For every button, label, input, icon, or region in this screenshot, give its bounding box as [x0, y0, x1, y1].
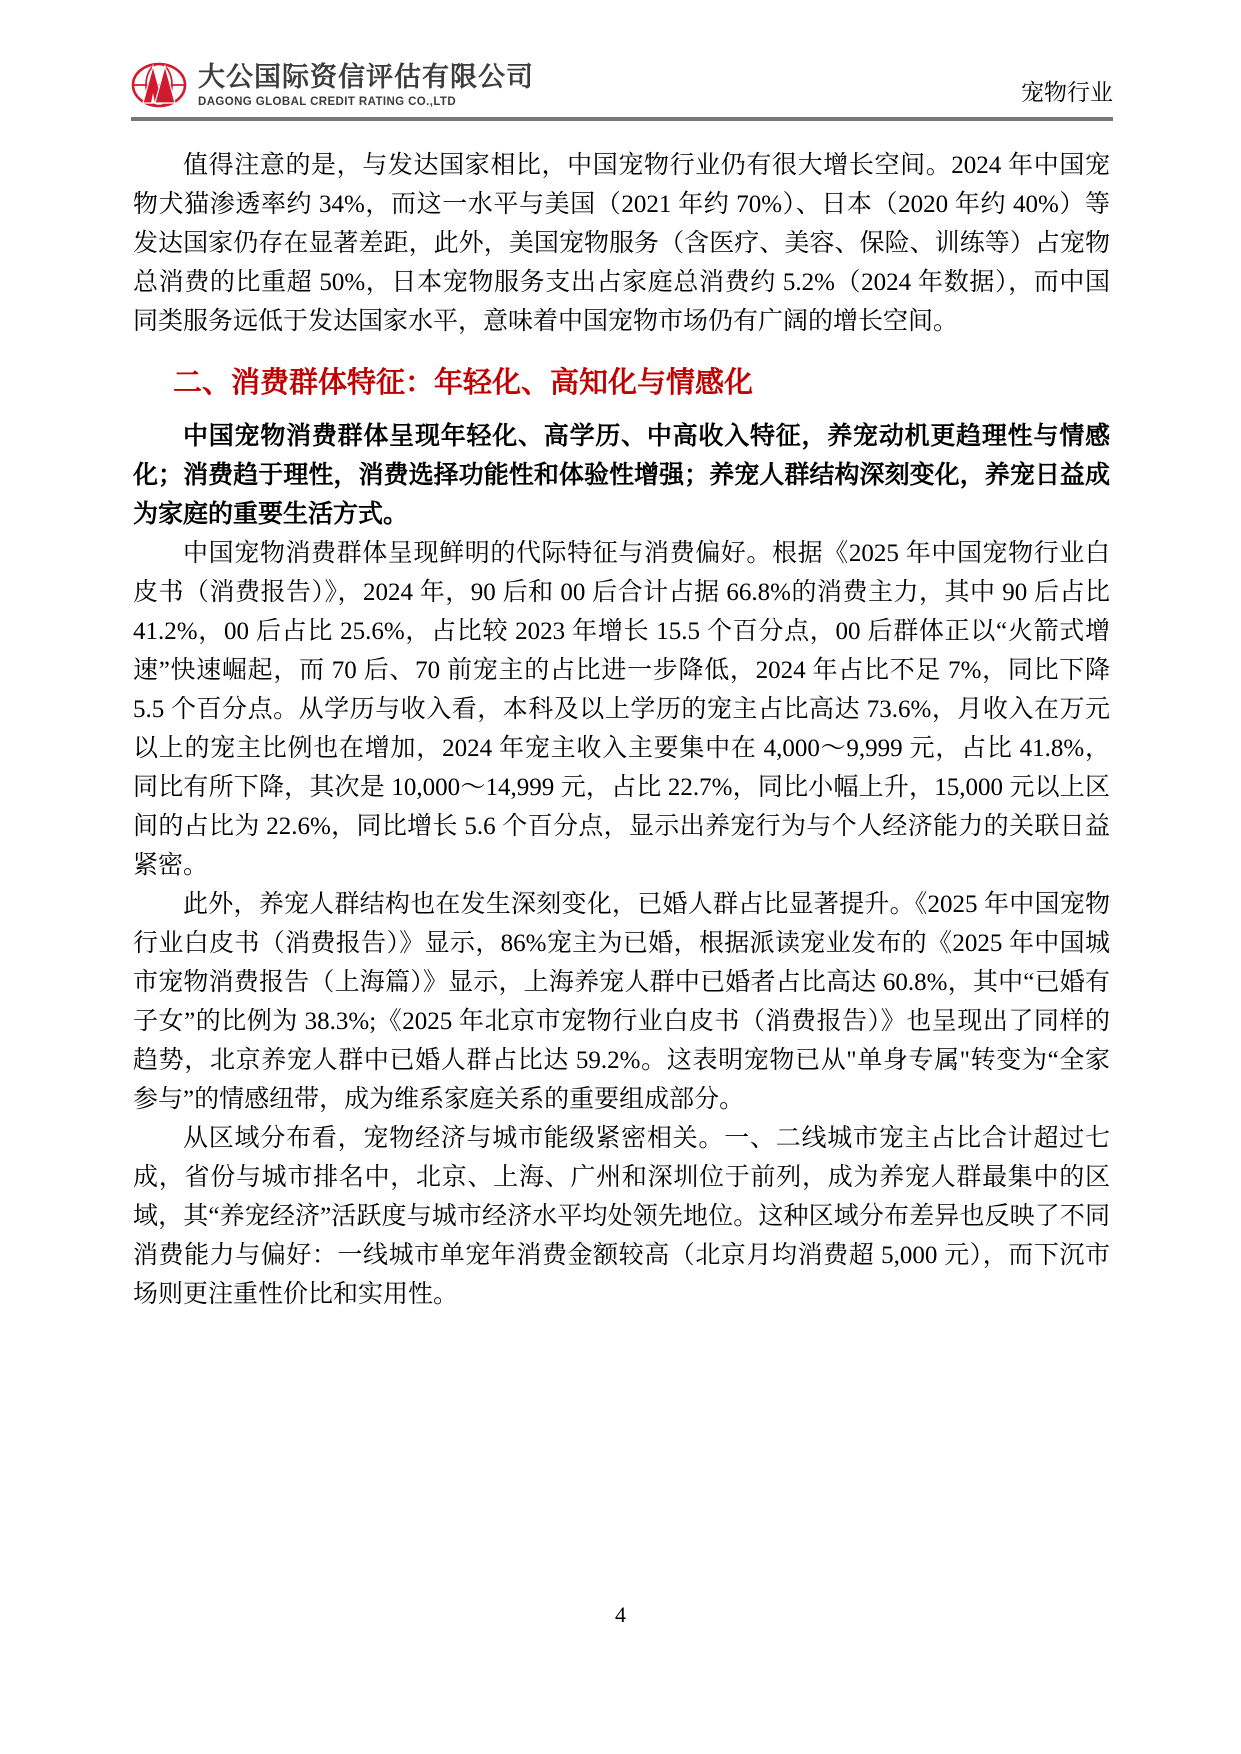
- para-generation: 中国宠物消费群体呈现鲜明的代际特征与消费偏好。根据《2025 年中国宠物行业白皮…: [133, 534, 1110, 885]
- section-heading: 二、消费群体特征：年轻化、高知化与情感化: [133, 363, 1110, 404]
- para-intro: 值得注意的是，与发达国家相比，中国宠物行业仍有很大增长空间。2024 年中国宠物…: [133, 146, 1110, 341]
- page-header: 大公国际资信评估有限公司 DAGONG GLOBAL CREDIT RATING…: [131, 60, 1113, 121]
- company-name-cn: 大公国际资信评估有限公司: [198, 62, 534, 92]
- page-number: 4: [0, 1602, 1241, 1628]
- para-summary: 中国宠物消费群体呈现年轻化、高学历、中高收入特征，养宠动机更趋理性与情感化；消费…: [133, 417, 1110, 534]
- company-name-en: DAGONG GLOBAL CREDIT RATING CO.,LTD: [198, 95, 534, 109]
- dagong-globe-logo-icon: [131, 60, 187, 110]
- document-body: 值得注意的是，与发达国家相比，中国宠物行业仍有很大增长空间。2024 年中国宠物…: [133, 146, 1110, 1314]
- document-page: 大公国际资信评估有限公司 DAGONG GLOBAL CREDIT RATING…: [0, 0, 1241, 1754]
- para-region: 从区域分布看，宠物经济与城市能级紧密相关。一、二线城市宠主占比合计超过七成，省份…: [133, 1119, 1110, 1314]
- para-marriage: 此外，养宠人群结构也在发生深刻变化，已婚人群占比显著提升。《2025 年中国宠物…: [133, 885, 1110, 1119]
- company-name-block: 大公国际资信评估有限公司 DAGONG GLOBAL CREDIT RATING…: [198, 62, 534, 109]
- report-topic-label: 宠物行业: [1021, 79, 1113, 110]
- company-logo: 大公国际资信评估有限公司 DAGONG GLOBAL CREDIT RATING…: [131, 60, 534, 110]
